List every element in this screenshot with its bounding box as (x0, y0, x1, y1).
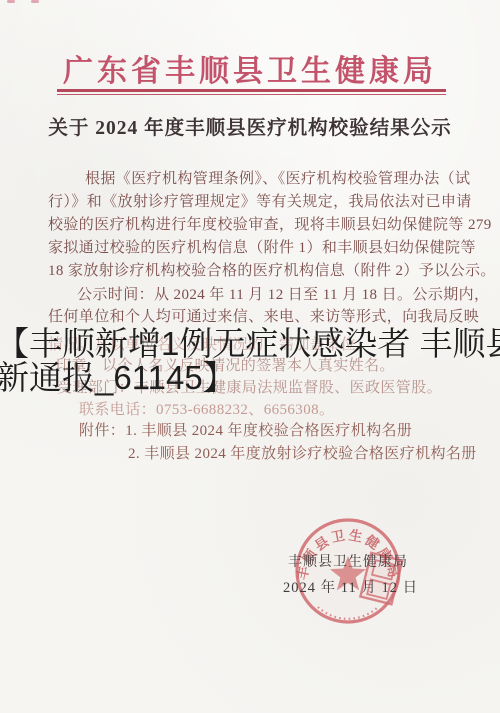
attachment-line-2: 2. 丰顺县 2024 年度放射诊疗校验合格医疗机构名册 (128, 442, 477, 463)
scan-artifact (31, 0, 39, 3)
body-line: 根据《医疗机构管理条例》、《医疗机构校验管理办法（试 (85, 167, 470, 188)
body-line: 行）》和《放射诊疗管理规定》等有关规定，我局依法对已申请 (48, 190, 472, 211)
scanned-notice-page: 广东省丰顺县卫生健康局 关于 2024 年度丰顺县医疗机构校验结果公示 根据《医… (0, 0, 500, 713)
overlay-title-line-1: 【丰顺新增1例无症状感染者 丰顺县疫情防控最 (0, 327, 500, 360)
scan-artifact (7, 0, 15, 3)
body-line: 家拟通过校验的医疗机构信息（附件 1）和丰顺县妇幼保健院等 (48, 236, 476, 257)
body-line-phone: 联系电话：0753-6688232、6656308。 (79, 398, 334, 419)
overlay-title-line-2: 新通报_61145】 (0, 361, 236, 394)
attachment-line-1: 附件：1. 丰顺县 2024 年度校验合格医疗机构名册 (79, 419, 412, 440)
issuer-name: 丰顺县卫生健康局 (288, 551, 408, 571)
agency-header: 广东省丰顺县卫生健康局 (0, 46, 500, 90)
body-line: 任何单位和个人均可通过来信、来电、来访等形式，向我局反映 (48, 305, 479, 326)
header-rule-bottom (57, 94, 446, 95)
body-line: 公示时间：从 2024 年 11 月 12 日至 11 月 18 日。公示期内， (77, 283, 489, 304)
body-line: 18 家放射诊疗机构校验合格的医疗机构信息（附件 2）予以公示。 (48, 259, 496, 280)
official-seal: 丰顺县卫生健康局 (285, 508, 417, 636)
document-title: 关于 2024 年度丰顺县医疗机构校验结果公示 (0, 112, 500, 140)
issue-date: 2024 年 11 月 12 日 (283, 576, 418, 597)
header-rule-top (57, 89, 446, 92)
body-line: 校验的医疗机构进行年度校验审查，现将丰顺县妇幼保健院等 279 (48, 213, 492, 234)
